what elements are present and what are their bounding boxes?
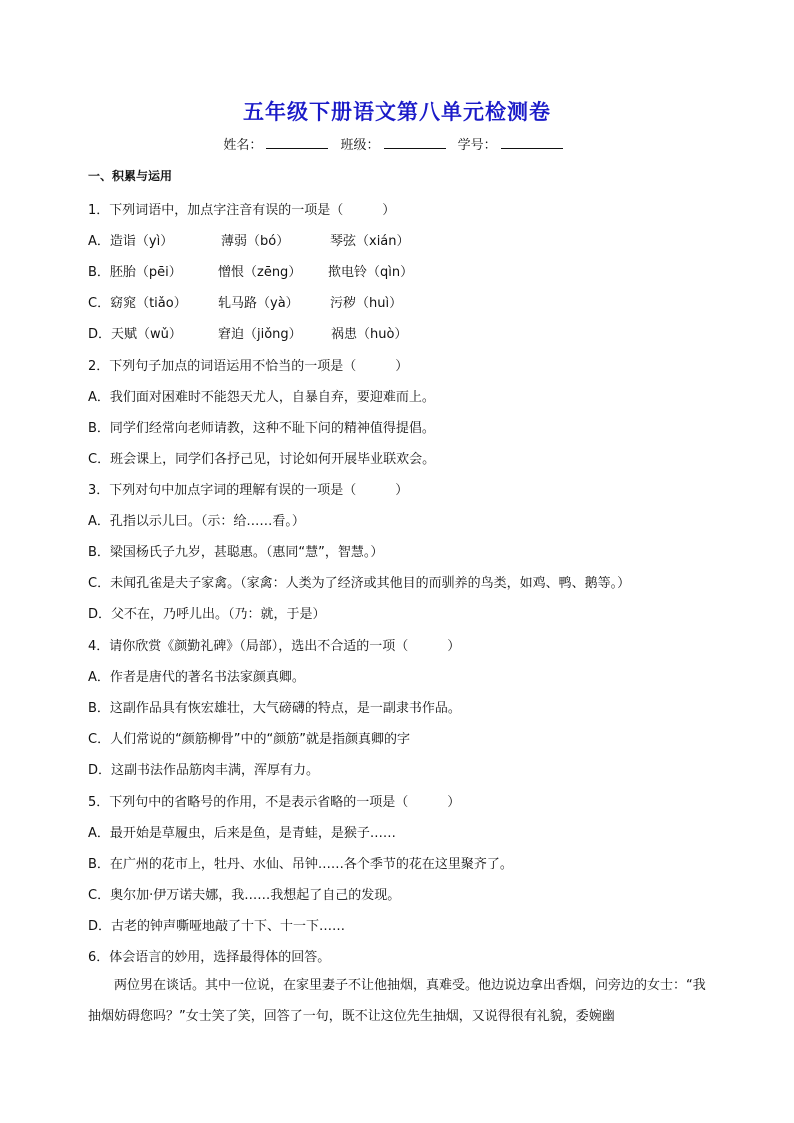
q1-d-1: D．天赋（wǔ） [88,323,218,342]
section-heading: 一、积累与运用 [88,167,172,184]
q6-stem: 6．体会语言的妙用，选择最得体的回答。 [88,946,330,965]
q1-option-a: A．造诣（yì）薄弱（bó）琴弦（xián） [88,230,410,249]
q1-option-d: D．天赋（wǔ）窘迫（jiǒng）祸患（huò） [88,323,407,342]
q1-c-2: 轧马路（yà） [218,292,330,311]
name-label: 姓名： [223,138,262,153]
q1-a-3: 琴弦（xián） [330,230,410,249]
q1-a-2: 薄弱（bó） [221,230,330,249]
q5-option-c: C．奥尔加·伊万诺夫娜，我……我想起了自己的发现。 [88,884,400,903]
q5-stem: 5．下列句中的省略号的作用，不是表示省略的一项是（ ） [88,791,460,810]
q2-option-a: A．我们面对困难时不能怨天尤人，自暴自弃，要迎难而上。 [88,386,435,405]
q4-stem: 4．请你欣赏《颜勤礼碑》（局部），选出不合适的一项（ ） [88,635,460,654]
q1-c-1: C．窈窕（tiǎo） [88,292,218,311]
name-blank[interactable] [266,136,328,149]
q4-option-d: D．这副书法作品筋肉丰满，浑厚有力。 [88,759,319,778]
q4-option-a: A．作者是唐代的著名书法家颜真卿。 [88,666,305,685]
student-info: 姓名： 班级： 学号： [0,134,794,153]
id-blank[interactable] [501,136,563,149]
q5-option-d: D．古老的钟声嘶哑地敲了十下、十一下…… [88,915,345,934]
q5-option-a: A．最开始是草履虫，后来是鱼，是青蛙，是猴子…… [88,822,396,841]
q4-option-c: C．人们常说的“颜筋柳骨”中的“颜筋”就是指颜真卿的字 [88,728,410,747]
q1-option-c: C．窈窕（tiǎo）轧马路（yà）污秽（huì） [88,292,402,311]
q2-stem: 2．下列句子加点的词语运用不恰当的一项是（ ） [88,355,408,374]
q1-option-b: B．胚胎（pēi）憎恨（zēng）揿电铃（qìn） [88,261,413,280]
q1-d-3: 祸患（huò） [331,323,407,342]
q1-stem: 1．下列词语中，加点字注音有误的一项是（ ） [88,199,395,218]
id-label: 学号： [458,138,497,153]
q6-passage: 两位男在谈话。其中一位说，在家里妻子不让他抽烟，真难受。他边说边拿出香烟，问旁边… [88,970,710,1032]
q3-option-b: B．梁国杨氏子九岁，甚聪惠。（惠同“慧”，智慧。） [88,541,383,560]
q3-option-a: A．孔指以示儿曰。（示：给……看。） [88,510,305,529]
class-label: 班级： [340,138,379,153]
q3-option-c: C．未闻孔雀是夫子家禽。（家禽：人类为了经济或其他目的而驯养的鸟类，如鸡、鸭、鹅… [88,572,630,591]
q2-option-b: B．同学们经常向老师请教，这种不耻下问的精神值得提倡。 [88,417,435,436]
class-blank[interactable] [384,136,446,149]
q1-c-3: 污秽（huì） [330,292,402,311]
q2-option-c: C．班会课上，同学们各抒己见，讨论如何开展毕业联欢会。 [88,448,435,467]
q1-b-3: 揿电铃（qìn） [328,261,413,280]
q1-b-2: 憎恨（zēng） [218,261,328,280]
q1-b-1: B．胚胎（pēi） [88,261,218,280]
q1-d-2: 窘迫（jiǒng） [218,323,331,342]
q1-a-1: A．造诣（yì） [88,230,221,249]
q3-stem: 3．下列对句中加点字词的理解有误的一项是（ ） [88,479,408,498]
q4-option-b: B．这副作品具有恢宏雄壮，大气磅礴的特点，是一副隶书作品。 [88,697,461,716]
page-title: 五年级下册语文第八单元检测卷 [0,96,794,126]
q3-option-d: D．父不在，乃呼儿出。（乃：就，于是） [88,603,326,622]
q5-option-b: B．在广州的花市上，牡丹、水仙、吊钟……各个季节的花在这里聚齐了。 [88,853,513,872]
